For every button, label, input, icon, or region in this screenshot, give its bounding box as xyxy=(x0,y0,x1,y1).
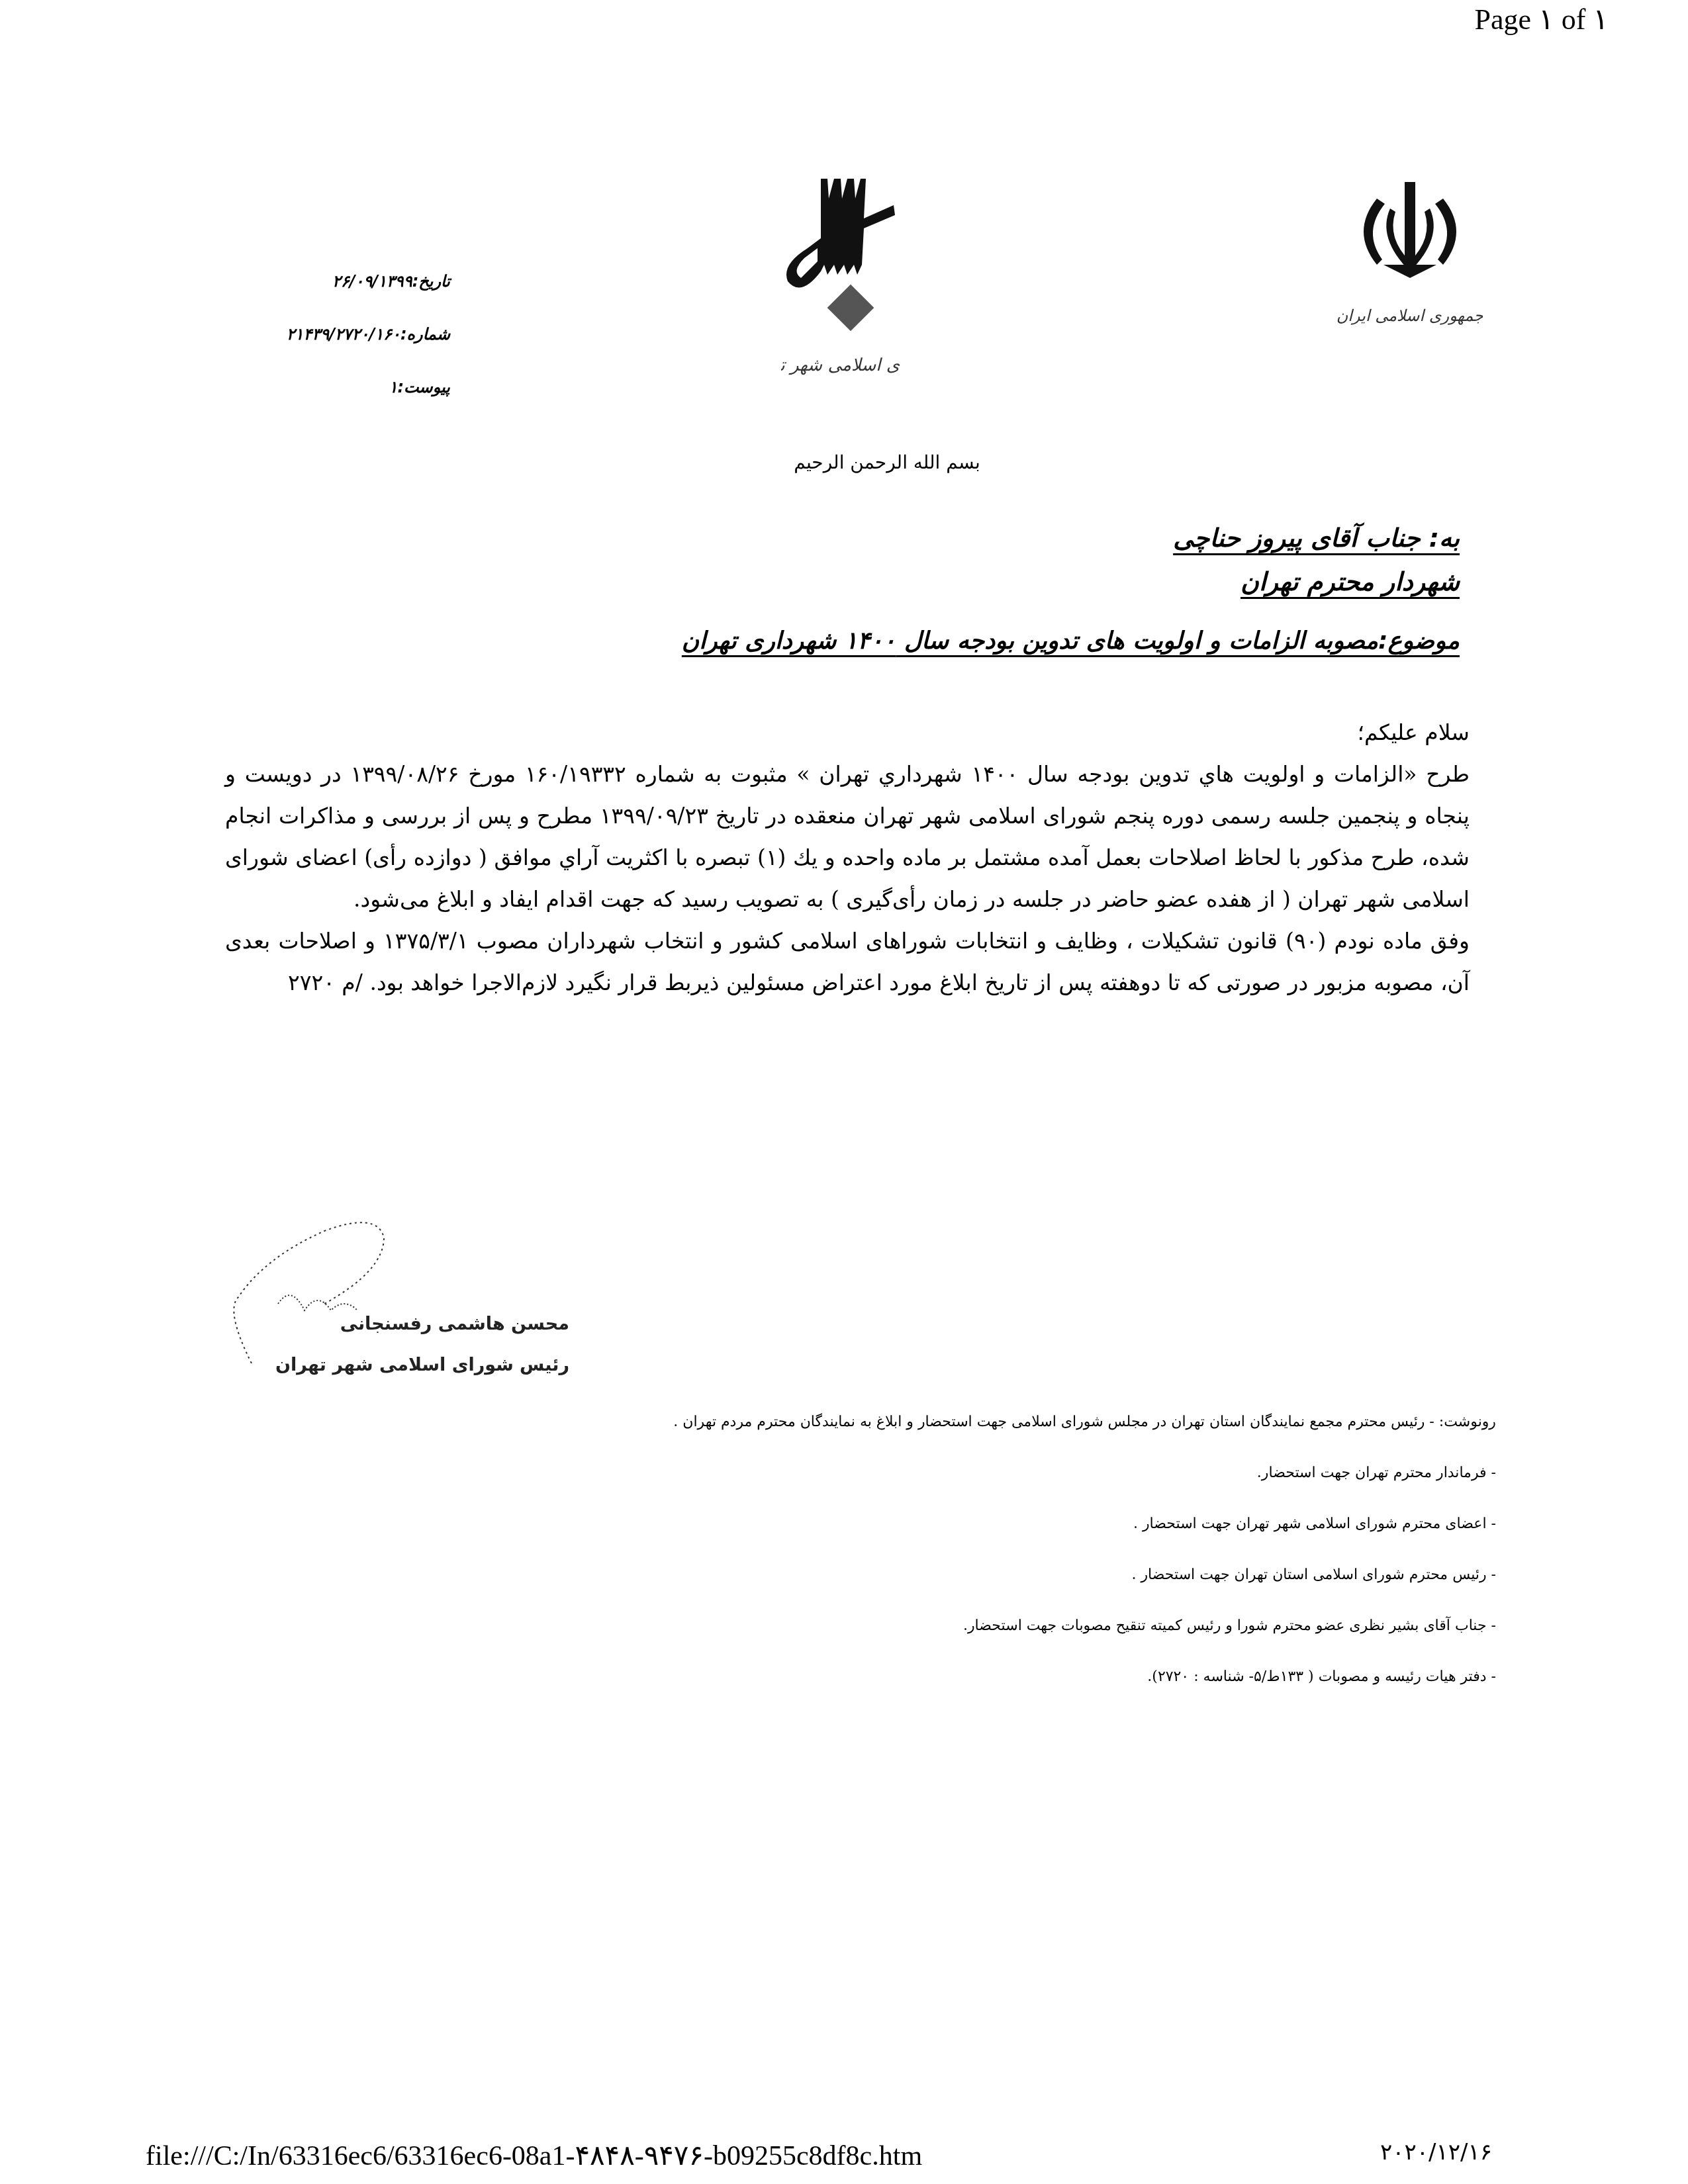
cc-item: - جناب آقای بشیر نظری عضو محترم شورا و ر… xyxy=(238,1600,1496,1651)
recipient: به: جناب آقای پیروز حناچی شهردار محترم ت… xyxy=(1173,516,1460,604)
cc-label: رونوشت: xyxy=(1439,1414,1496,1430)
cc-list: رونوشت: - رئیس محترم مجمع نمایندگان استا… xyxy=(238,1396,1496,1702)
cc-item: - رئیس محترم شورای اسلامی استان تهران جه… xyxy=(238,1549,1496,1600)
letter-number: شماره:۲۱۴۳۹/۲۷۲۰/۱۶۰ xyxy=(252,308,450,361)
greeting: سلام علیکم؛ xyxy=(225,711,1470,753)
recipient-title: شهردار محترم تهران xyxy=(1173,560,1460,604)
subject-line: موضوع:مصوبه الزامات و اولویت های تدوین ب… xyxy=(682,627,1460,655)
page-indicator: Page ۱ of ۱ xyxy=(1475,3,1609,36)
basmala: بسم الله الرحمن الرحیم xyxy=(715,451,1059,473)
iran-emblem-icon: جمهوری اسلامی ایران xyxy=(1337,172,1483,338)
cc-item: - دفتر هیات رئیسه و مصوبات ( ۱۳۳ط/۵- شنا… xyxy=(238,1651,1496,1702)
signatory-title: رئیس شورای اسلامی شهر تهران xyxy=(275,1345,569,1386)
tehran-city-council-logo-icon: شورای اسلامی شهر تهران xyxy=(781,165,900,390)
signatory-name: محسن هاشمی رفسنجانی xyxy=(275,1304,569,1345)
svg-text:شورای اسلامی شهر تهران: شورای اسلامی شهر تهران xyxy=(781,355,900,375)
recipient-name: به: جناب آقای پیروز حناچی xyxy=(1173,516,1460,560)
body-paragraph-2: وفق ماده نودم (۹۰) قانون تشکیلات ، وظایف… xyxy=(225,920,1470,1003)
svg-text:جمهوری اسلامی ایران: جمهوری اسلامی ایران xyxy=(1337,306,1483,325)
footer-file-url: file:///C:/In/63316ec6/63316ec6-08a1-۴۸۴… xyxy=(146,2139,922,2172)
letter-attachment: پیوست:۱ xyxy=(252,361,450,414)
cc-item: رونوشت: - رئیس محترم مجمع نمایندگان استا… xyxy=(238,1396,1496,1447)
footer-date: ۲۰۲۰/۱۲/۱۶ xyxy=(1380,2139,1492,2165)
signature-block: محسن هاشمی رفسنجانی رئیس شورای اسلامی شه… xyxy=(225,1211,569,1383)
letter-meta: تاریخ:۲۶/۰۹/۱۳۹۹ شماره:۲۱۴۳۹/۲۷۲۰/۱۶۰ پی… xyxy=(252,255,450,414)
body-paragraph-1: طرح «الزامات و اولویت هاي تدوین بودجه سا… xyxy=(225,753,1470,920)
letter-date: تاریخ:۲۶/۰۹/۱۳۹۹ xyxy=(252,255,450,308)
cc-item: - اعضای محترم شورای اسلامی شهر تهران جهت… xyxy=(238,1498,1496,1549)
cc-item: - فرماندار محترم تهران جهت استحضار. xyxy=(238,1447,1496,1498)
letter-body: سلام علیکم؛ طرح «الزامات و اولویت هاي تد… xyxy=(225,711,1470,1003)
